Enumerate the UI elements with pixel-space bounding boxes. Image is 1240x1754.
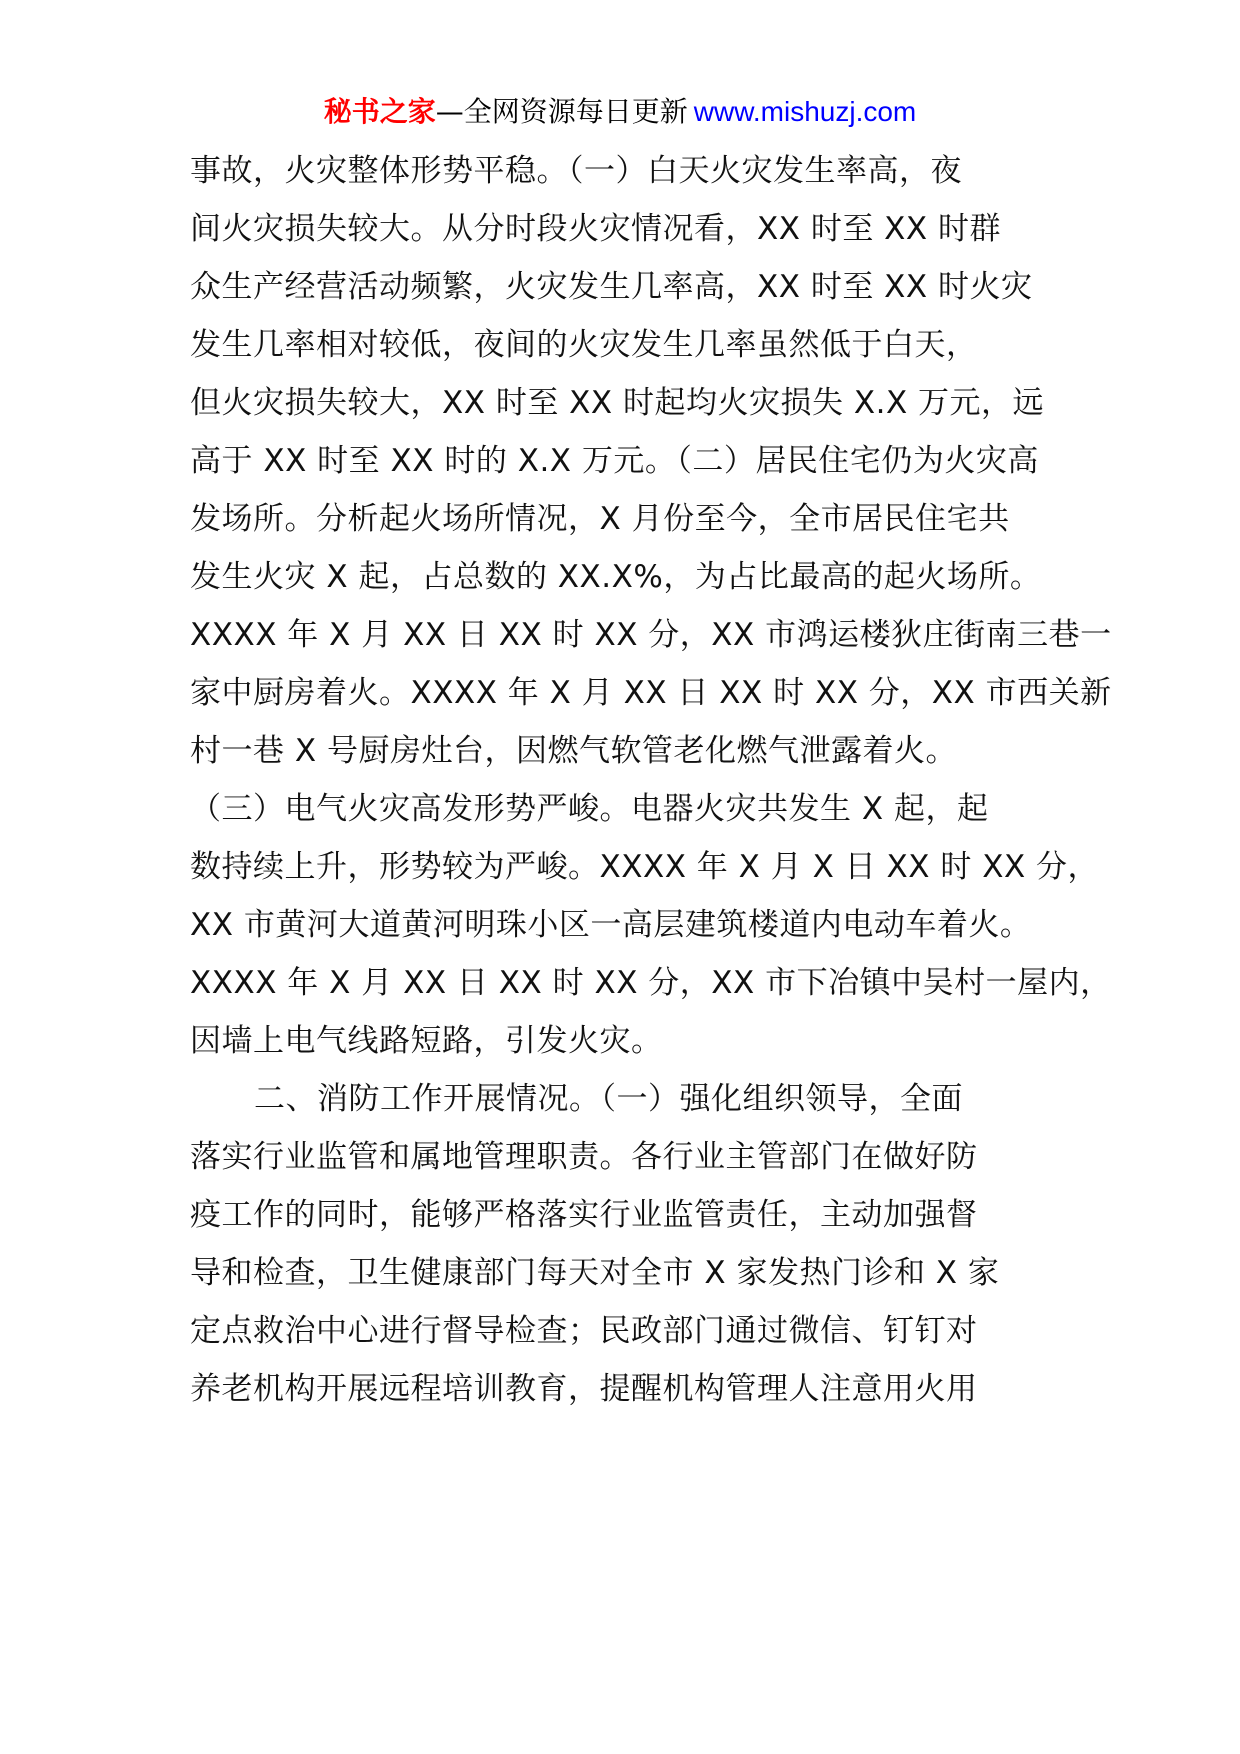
text-line: XXXX 年 X 月 XX 日 XX 时 XX 分，XX 市鸿运楼狄庄街南三巷一 bbox=[190, 606, 1070, 664]
text-line: 定点救治中心进行督导检查；民政部门通过微信、钉钉对 bbox=[190, 1302, 1070, 1360]
text-line: 养老机构开展远程培训教育，提醒机构管理人注意用火用 bbox=[190, 1360, 1070, 1418]
text-line: 村一巷 X 号厨房灶台，因燃气软管老化燃气泄露着火。 bbox=[190, 722, 1070, 780]
text-line: XX 市黄河大道黄河明珠小区一高层建筑楼道内电动车着火。 bbox=[190, 896, 1070, 954]
text-line: 众生产经营活动频繁，火灾发生几率高，XX 时至 XX 时火灾 bbox=[190, 258, 1070, 316]
text-line: 但火灾损失较大，XX 时至 XX 时起均火灾损失 X.X 万元，远 bbox=[190, 374, 1070, 432]
text-line: 导和检查，卫生健康部门每天对全市 X 家发热门诊和 X 家 bbox=[190, 1244, 1070, 1302]
text-line: （三）电气火灾高发形势严峻。电器火灾共发生 X 起，起 bbox=[190, 780, 1070, 838]
text-line: XXXX 年 X 月 XX 日 XX 时 XX 分，XX 市下冶镇中吴村一屋内， bbox=[190, 954, 1070, 1012]
document-body: 事故，火灾整体形势平稳。（一）白天火灾发生率高，夜 间火灾损失较大。从分时段火灾… bbox=[190, 142, 1070, 1418]
text-line: 间火灾损失较大。从分时段火灾情况看，XX 时至 XX 时群 bbox=[190, 200, 1070, 258]
page-header: 秘书之家—全网资源每日更新www.mishuzj.com bbox=[0, 92, 1240, 132]
site-url-link[interactable]: www.mishuzj.com bbox=[694, 96, 916, 127]
text-line: 发生几率相对较低，夜间的火灾发生几率虽然低于白天， bbox=[190, 316, 1070, 374]
text-line: 事故，火灾整体形势平稳。（一）白天火灾发生率高，夜 bbox=[190, 142, 1070, 200]
text-line: 发生火灾 X 起，占总数的 XX.X%，为占比最高的起火场所。 bbox=[190, 548, 1070, 606]
text-line: 数持续上升，形势较为严峻。XXXX 年 X 月 X 日 XX 时 XX 分， bbox=[190, 838, 1070, 896]
text-line: 发场所。分析起火场所情况，X 月份至今，全市居民住宅共 bbox=[190, 490, 1070, 548]
text-line: 疫工作的同时，能够严格落实行业监管责任，主动加强督 bbox=[190, 1186, 1070, 1244]
text-line: 高于 XX 时至 XX 时的 X.X 万元。（二）居民住宅仍为火灾高 bbox=[190, 432, 1070, 490]
text-line: 落实行业监管和属地管理职责。各行业主管部门在做好防 bbox=[190, 1128, 1070, 1186]
section-heading-line: 二、消防工作开展情况。（一）强化组织领导，全面 bbox=[190, 1070, 1070, 1128]
text-line: 因墙上电气线路短路，引发火灾。 bbox=[190, 1012, 1070, 1070]
site-brand: 秘书之家 bbox=[324, 95, 436, 128]
site-slogan: —全网资源每日更新 bbox=[436, 95, 688, 128]
text-line: 家中厨房着火。XXXX 年 X 月 XX 日 XX 时 XX 分，XX 市西关新 bbox=[190, 664, 1070, 722]
